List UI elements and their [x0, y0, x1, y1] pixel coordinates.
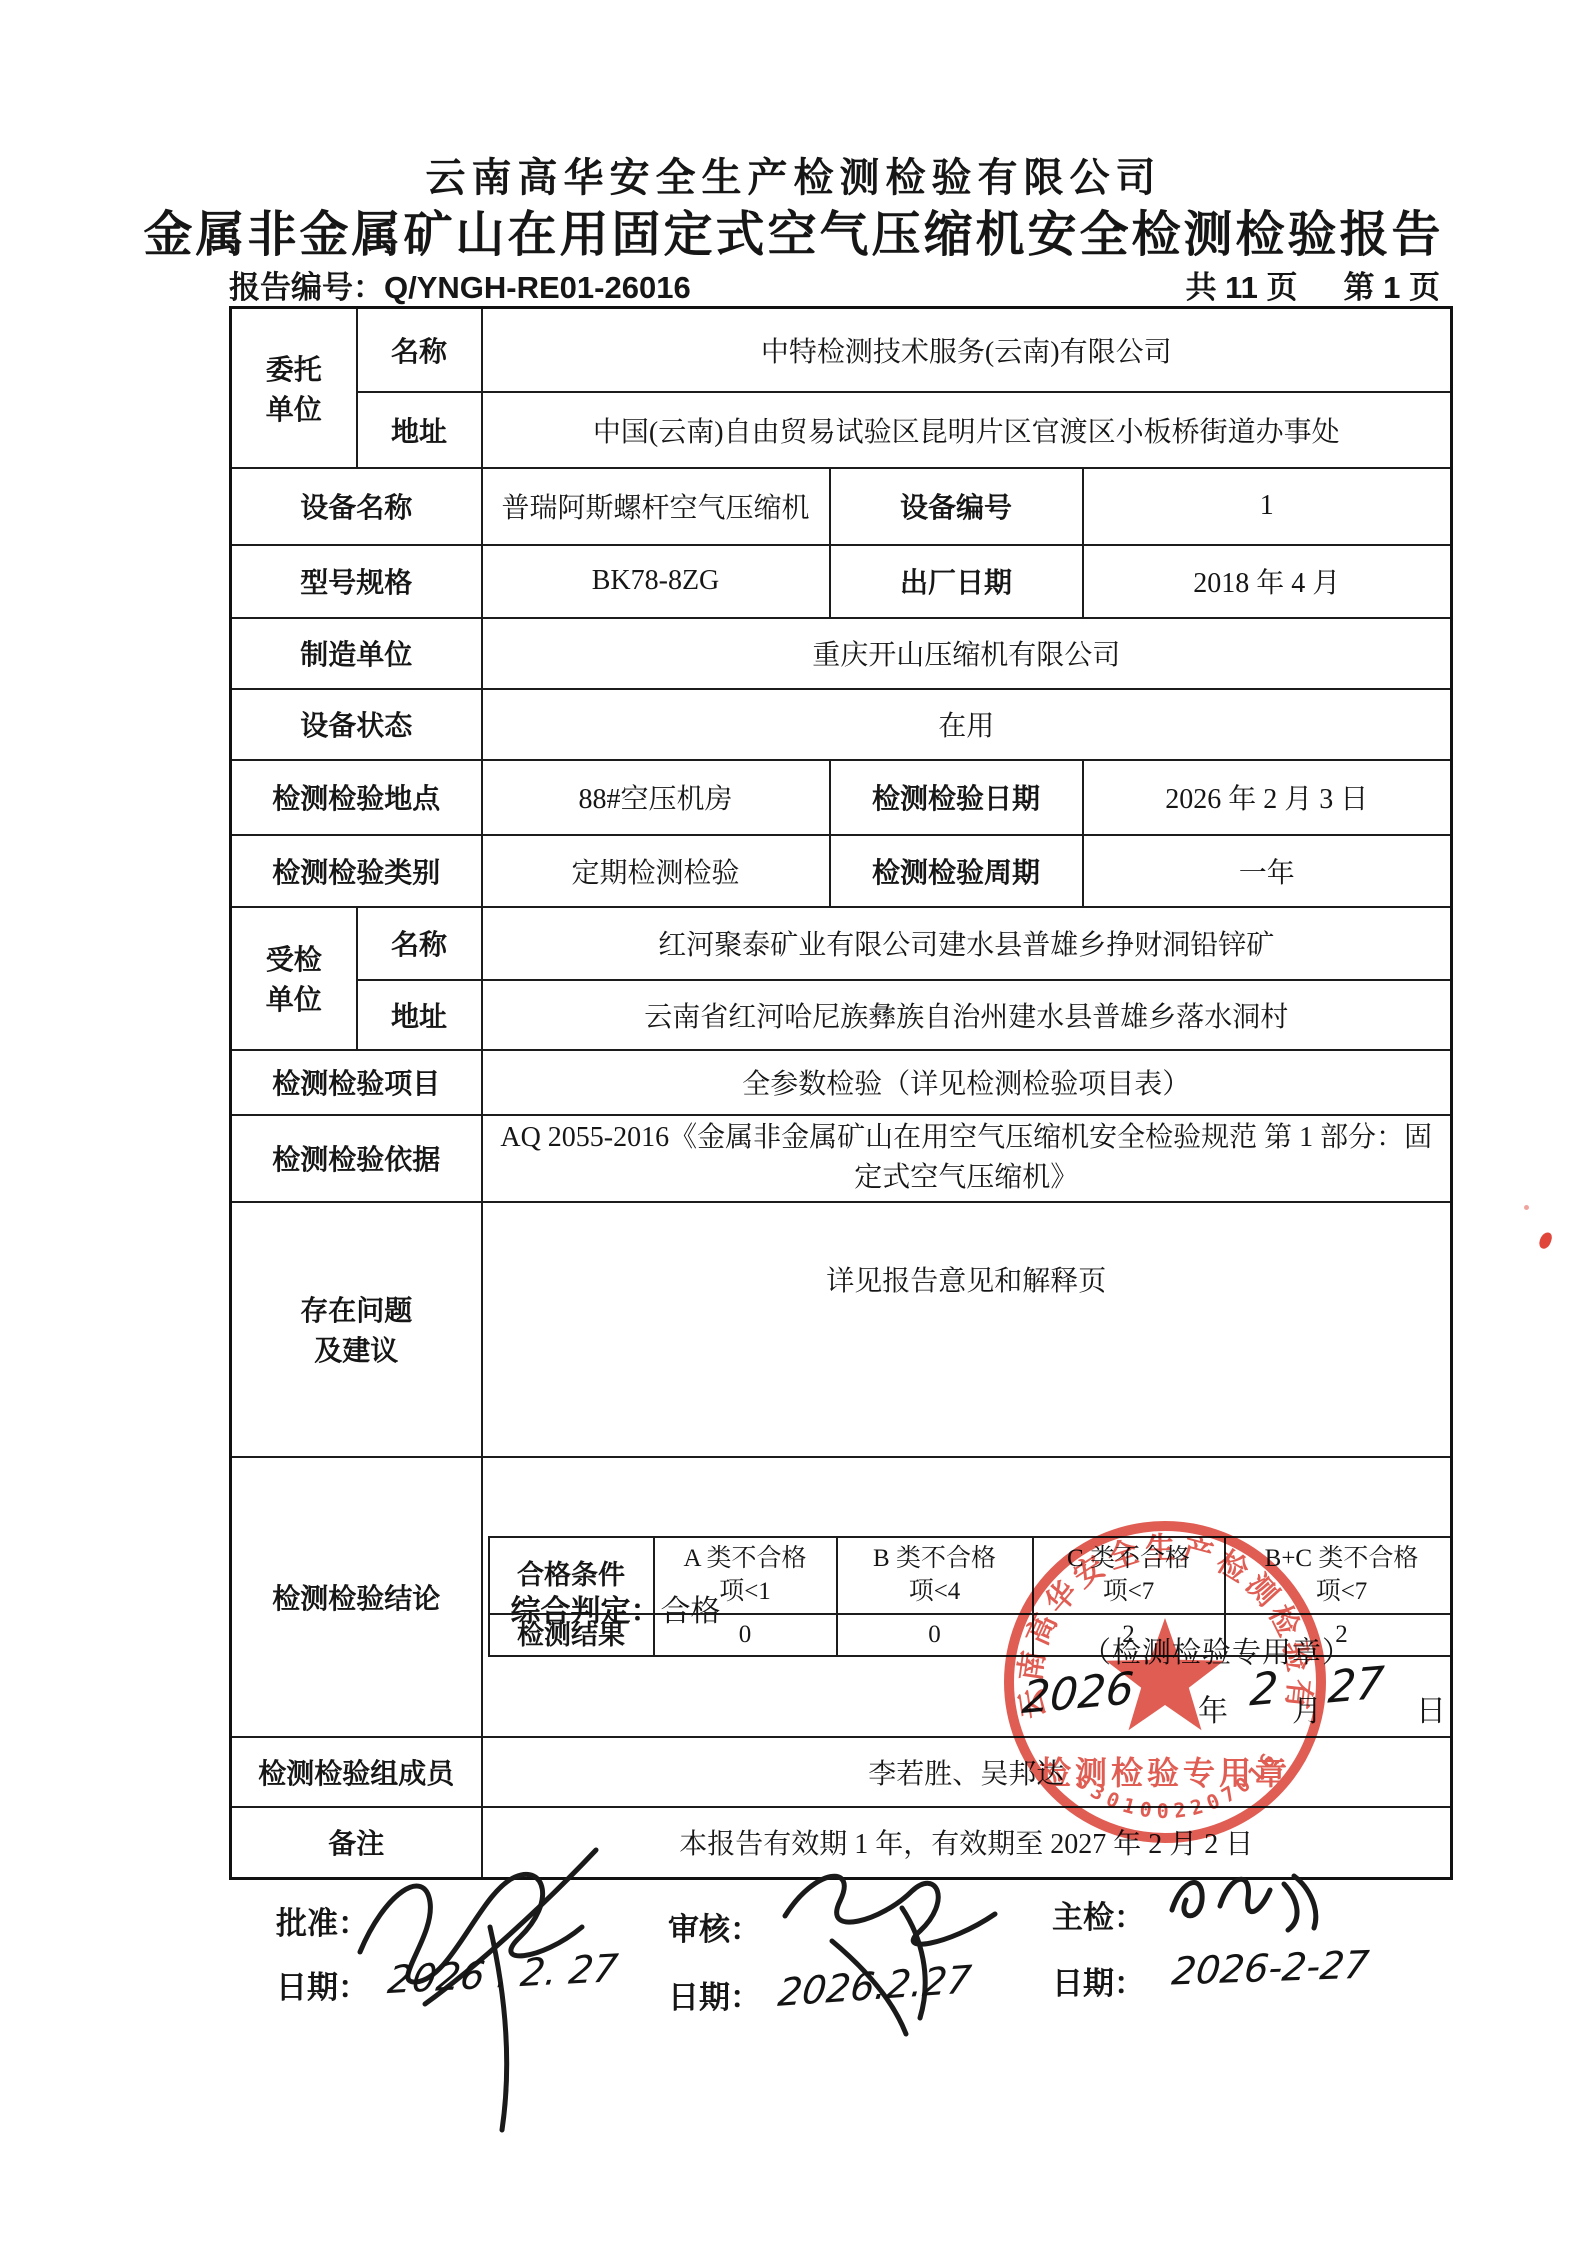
- client-addr-value: 中国(云南)自由贸易试验区昆明片区官渡区小板桥街道办事处: [482, 392, 1452, 468]
- table-row: 设备状态 在用: [231, 689, 1452, 760]
- inspect-date-value: 2026 年 2 月 3 日: [1083, 760, 1452, 835]
- table-row: 地址 云南省红河哈尼族彝族自治州建水县普雄乡落水洞村: [231, 980, 1452, 1050]
- inspected-addr-value: 云南省红河哈尼族彝族自治州建水县普雄乡落水洞村: [482, 980, 1452, 1050]
- chief-signature: [1162, 1858, 1332, 1958]
- overall-verdict: 综合判定：合格: [511, 1586, 721, 1630]
- review-label: 审核：: [668, 1904, 761, 1949]
- items-label: 检测检验项目: [231, 1050, 482, 1115]
- chief-label: 主检：: [1052, 1892, 1145, 1937]
- stamp-star: [1106, 1618, 1224, 1730]
- inspected-name-label: 名称: [357, 907, 482, 980]
- client-group-label: 委托 单位: [231, 308, 357, 468]
- device-no-value: 1: [1083, 468, 1452, 545]
- table-row: 型号规格 BK78-8ZG 出厂日期 2018 年 4 月: [231, 545, 1452, 618]
- maker-label: 制造单位: [231, 618, 482, 689]
- chief-date-value: 2026-2-27: [1170, 1942, 1371, 1993]
- issuing-company-name: 云南高华安全生产检测检验有限公司: [0, 146, 1587, 203]
- official-stamp: 云南高华安全生产检测检验有限公司 检测检验专用章 5301002207016: [995, 1512, 1335, 1852]
- inspect-place-value: 88#空压机房: [482, 760, 830, 835]
- table-row: 委托 单位 名称 中特检测技术服务(云南)有限公司: [231, 308, 1452, 392]
- red-ink-speck: [1538, 1231, 1554, 1251]
- status-label: 设备状态: [231, 689, 482, 760]
- report-page: 云南高华安全生产检测检验有限公司 金属非金属矿山在用固定式空气压缩机安全检测检验…: [0, 0, 1587, 2244]
- inspect-date-label: 检测检验日期: [830, 760, 1083, 835]
- inspect-place-label: 检测检验地点: [231, 760, 482, 835]
- model-value: BK78-8ZG: [482, 545, 830, 618]
- table-row: 存在问题 及建议 详见报告意见和解释页: [231, 1202, 1452, 1457]
- current-page: 第 1 页: [1344, 262, 1440, 307]
- model-label: 型号规格: [231, 545, 482, 618]
- members-label: 检测检验组成员: [231, 1737, 482, 1807]
- table-row: 检测检验项目 全参数检验（详见检测检验项目表）: [231, 1050, 1452, 1115]
- made-date-label: 出厂日期: [830, 545, 1083, 618]
- stamp-date-day-handwritten: 27: [1326, 1657, 1385, 1713]
- total-pages: 共 11 页: [1186, 262, 1298, 307]
- inspect-type-value: 定期检测检验: [482, 835, 830, 907]
- device-name-value: 普瑞阿斯螺杆空气压缩机: [482, 468, 830, 545]
- table-row: 检测检验依据 AQ 2055-2016《金属非金属矿山在用空气压缩机安全检验规范…: [231, 1115, 1452, 1202]
- red-ink-speck-small: [1524, 1205, 1529, 1210]
- inspect-cycle-label: 检测检验周期: [830, 835, 1083, 907]
- verdict-value: 合格: [661, 1595, 721, 1628]
- table-row: 检测检验地点 88#空压机房 检测检验日期 2026 年 2 月 3 日: [231, 760, 1452, 835]
- maker-value: 重庆开山压缩机有限公司: [482, 618, 1452, 689]
- client-addr-label: 地址: [357, 392, 482, 468]
- review-date-label: 日期：: [668, 1972, 761, 2017]
- inspect-cycle-value: 一年: [1083, 835, 1452, 907]
- verdict-label: 综合判定：: [511, 1595, 661, 1628]
- problems-label: 存在问题 及建议: [231, 1202, 482, 1457]
- table-row: 检测检验类别 定期检测检验 检测检验周期 一年: [231, 835, 1452, 907]
- report-meta-line: 报告编号：Q/YNGH-RE01-26016 共 11 页 第 1 页: [229, 262, 1450, 302]
- items-value: 全参数检验（详见检测检验项目表）: [482, 1050, 1452, 1115]
- page-info: 共 11 页 第 1 页: [1186, 262, 1440, 307]
- table-row: 设备名称 普瑞阿斯螺杆空气压缩机 设备编号 1: [231, 468, 1452, 545]
- approve-date-label: 日期：: [276, 1962, 369, 2007]
- table-row: 制造单位 重庆开山压缩机有限公司: [231, 618, 1452, 689]
- made-date-value: 2018 年 4 月: [1083, 545, 1452, 618]
- basis-value: AQ 2055-2016《金属非金属矿山在用空气压缩机安全检验规范 第 1 部分…: [482, 1115, 1452, 1202]
- table-row: 受检 单位 名称 红河聚泰矿业有限公司建水县普雄乡挣财洞铅锌矿: [231, 907, 1452, 980]
- problems-value: 详见报告意见和解释页: [482, 1202, 1452, 1457]
- status-value: 在用: [482, 689, 1452, 760]
- device-no-label: 设备编号: [830, 468, 1083, 545]
- stamp-date-day-unit: 日: [1416, 1686, 1446, 1730]
- device-name-label: 设备名称: [231, 468, 482, 545]
- client-name-value: 中特检测技术服务(云南)有限公司: [482, 308, 1452, 392]
- inspected-group-label: 受检 单位: [231, 907, 357, 1050]
- inspected-addr-label: 地址: [357, 980, 482, 1050]
- table-row: 地址 中国(云南)自由贸易试验区昆明片区官渡区小板桥街道办事处: [231, 392, 1452, 468]
- report-number: 报告编号：Q/YNGH-RE01-26016: [229, 262, 691, 307]
- chief-date-label: 日期：: [1052, 1958, 1145, 2003]
- conclusion-label: 检测检验结论: [231, 1457, 482, 1737]
- reviewer-signature: [770, 1846, 1020, 2056]
- report-title: 金属非金属矿山在用固定式空气压缩机安全检测检验报告: [0, 196, 1587, 266]
- basis-label: 检测检验依据: [231, 1115, 482, 1202]
- inspect-type-label: 检测检验类别: [231, 835, 482, 907]
- client-name-label: 名称: [357, 308, 482, 392]
- inspected-name-value: 红河聚泰矿业有限公司建水县普雄乡挣财洞铅锌矿: [482, 907, 1452, 980]
